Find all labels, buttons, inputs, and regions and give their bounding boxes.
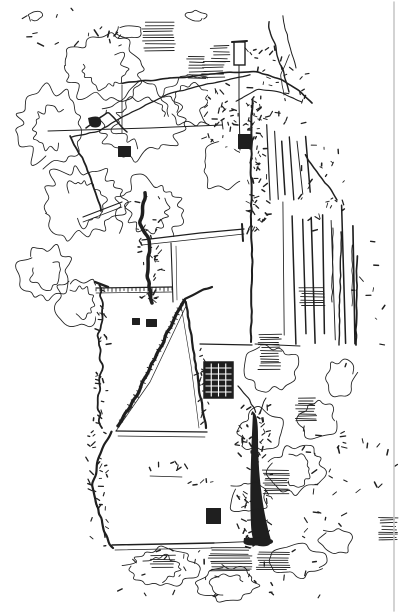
sketch-canvas: [0, 0, 400, 613]
dark-window: [206, 508, 221, 524]
window-in-trees: [118, 146, 131, 157]
window-slit: [146, 319, 157, 327]
trunk-base-shadow: [243, 538, 273, 546]
lattice-window: [204, 362, 233, 398]
dark-window: [238, 134, 251, 149]
eave-post: [242, 224, 243, 241]
chimney-cap: [232, 41, 247, 42]
window-slit: [132, 318, 140, 325]
ink-sketch-illustration: [0, 0, 400, 613]
white-facade-fill: [112, 425, 258, 543]
